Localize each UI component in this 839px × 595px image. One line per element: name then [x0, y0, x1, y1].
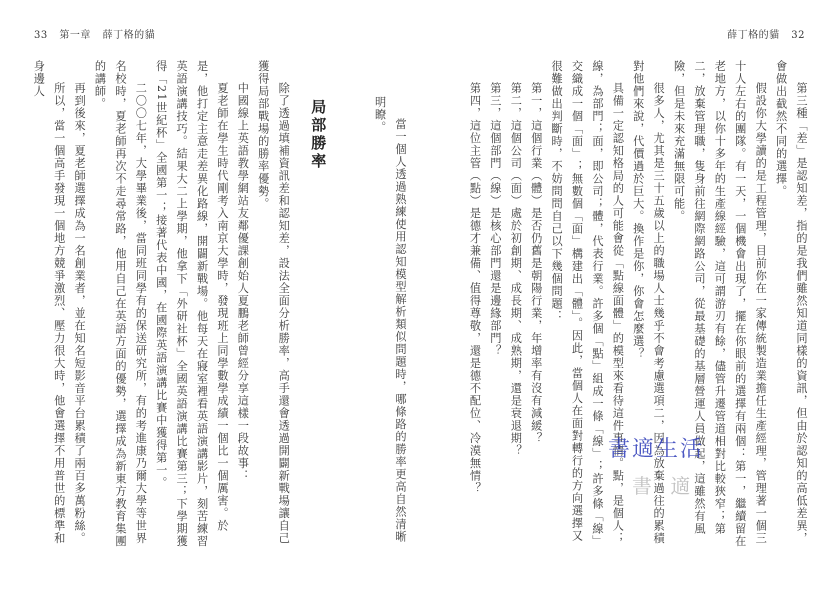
left-page-header: 33 第一章 薛丁格的貓 — [34, 26, 163, 41]
spacer — [329, 60, 369, 550]
paragraph: 再到後來，夏老師選擇成為一名創業者，並在知名短影音平台累積了兩百多萬粉絲。 — [69, 60, 89, 550]
paragraph: 具備一定認知格局的人可能會從「點線面體」的模型來看待這件事情。點，是個人；線，為… — [546, 60, 628, 550]
right-page-header: 薛丁格的貓 32 — [719, 26, 805, 41]
paragraph: 中國線上英語教學網站友鄰優課創始人夏鵬老師曾經分享這樣一段故事： — [232, 60, 252, 550]
book-title-left: 薛丁格的貓 — [103, 30, 156, 41]
paragraph: 二〇〇七年，大學畢業後，當同班同學有的保送研究所，有的考進康乃爾大學等世界名校時… — [89, 60, 150, 550]
paragraph: 很多人，尤其是三十五歲以上的職場人士幾乎不會考慮選項二，因為放棄過往的累積對他們… — [627, 60, 668, 550]
section-heading: 局部勝率 — [307, 60, 329, 550]
closing-paragraph: 當一個人透過熟練使用認知模型解析類似問題時，哪條路的勝率更高自然清晰明瞭。 — [369, 60, 410, 550]
question-item: 第二，這個公司（面）處於初創期、成長期、成熟期，還是衰退期？ — [505, 60, 525, 550]
book-title-right: 薛丁格的貓 — [727, 30, 780, 41]
left-page-number: 33 — [34, 30, 48, 41]
question-item: 第一，這個行業（體）是否仍舊是朝陽行業，年增率有沒有減緩？ — [525, 60, 545, 550]
paragraph: 第三種「差」是認知差，指的是我們雖然知道同樣的資訊，但由於認知的高低差異，會做出… — [770, 60, 811, 550]
left-page-body: 當一個人透過熟練使用認知模型解析類似問題時，哪條路的勝率更高自然清晰明瞭。 局部… — [40, 60, 410, 550]
paragraph: 除了透過填補資訊差和認知差，設法全面分析勝率，高手還會透過開闢新戰場讓自己獲得局… — [252, 60, 293, 550]
paragraph: 所以，當一個高手發現一個地方競爭激烈、壓力很大時，他會選擇不用普世的標準和身邊人 — [28, 60, 69, 550]
paragraph: 假設你大學讀的是工程管理，目前你在一家傳統製造業擔任生產經理，管理著一個三十人左… — [668, 60, 770, 550]
question-item: 第四，這位主管（點）是德才兼備、值得尊敬，還是德不配位、冷漠無情？ — [464, 60, 484, 550]
right-page-body: 第三種「差」是認知差，指的是我們雖然知道同樣的資訊，但由於認知的高低差異，會做出… — [441, 60, 811, 550]
question-item: 第三，這個部門（線）是核心部門還是邊緣部門？ — [485, 60, 505, 550]
chapter-label: 第一章 — [59, 30, 91, 41]
paragraph: 夏老師在學生時代剛考入南京大學時，發現班上同學數學成績一個比一個厲害。於是，他打… — [150, 60, 232, 550]
right-page-number: 32 — [791, 30, 805, 41]
